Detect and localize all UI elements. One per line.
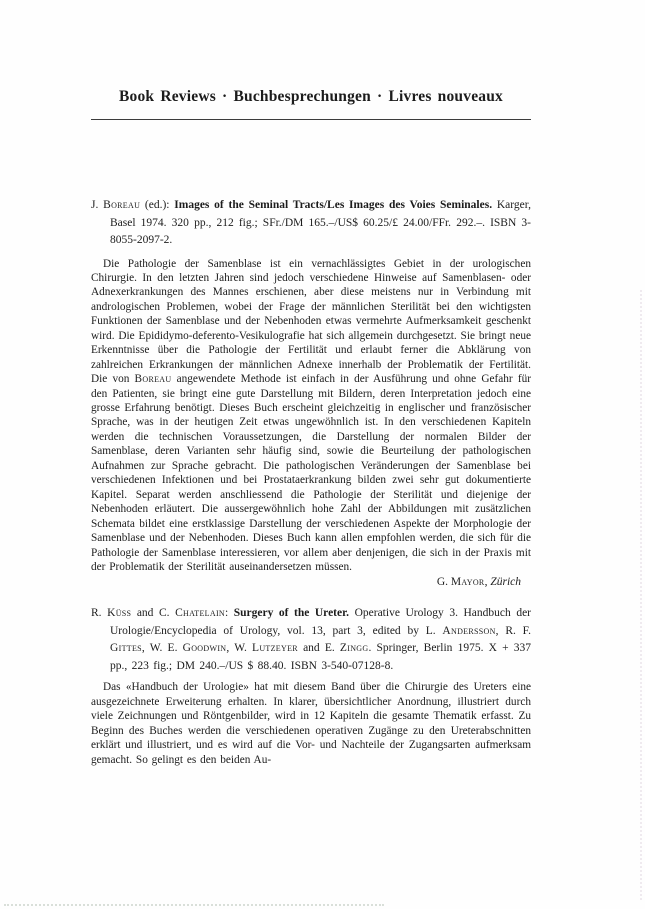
text-segment: angewendete Methode ist einfach in der A… bbox=[91, 373, 531, 573]
review-paragraph-2: Das «Handbuch der Urologie» hat mit dies… bbox=[91, 680, 531, 767]
text-segment: Chatelain bbox=[175, 607, 225, 619]
reviewer-city: Zürich bbox=[490, 576, 521, 588]
book-citation-2: R. Küss and C. Chatelain: Surgery of the… bbox=[91, 605, 531, 675]
header-divider bbox=[91, 119, 531, 120]
text-segment: Goodwin bbox=[183, 642, 227, 654]
scanned-page: Book Reviews · Buchbesprechungen · Livre… bbox=[0, 0, 645, 909]
text-segment: and C. bbox=[131, 607, 175, 619]
text-segment: Boreau bbox=[103, 199, 140, 211]
reviewer-initial: G. bbox=[437, 576, 451, 588]
scan-noise-bottom-edge bbox=[4, 904, 384, 906]
text-segment: and E. bbox=[298, 642, 340, 654]
text-segment: (ed.): bbox=[140, 199, 174, 211]
text-segment: Surgery of the Ureter. bbox=[234, 607, 349, 619]
text-segment: , W. E. bbox=[142, 642, 183, 654]
text-segment: R. bbox=[91, 607, 107, 619]
text-segment: Gittes bbox=[110, 642, 142, 654]
text-segment: Images of the Seminal Tracts/Les Images … bbox=[174, 199, 492, 211]
text-segment: : bbox=[225, 607, 234, 619]
text-segment: J. bbox=[91, 199, 103, 211]
text-segment: Andersson bbox=[442, 625, 495, 637]
text-segment: Küss bbox=[107, 607, 131, 619]
text-segment: Zingg bbox=[340, 642, 369, 654]
review-paragraph-1: Die Pathologie der Samenblase ist ein ve… bbox=[91, 257, 531, 575]
text-segment: , W. bbox=[226, 642, 252, 654]
text-segment: Lutzeyer bbox=[252, 642, 298, 654]
reviewer-signature: G. Mayor, Zürich bbox=[91, 576, 521, 588]
reviewer-name: Mayor bbox=[451, 576, 485, 588]
scan-noise-right-edge bbox=[640, 290, 642, 900]
page-title: Book Reviews · Buchbesprechungen · Livre… bbox=[91, 88, 531, 106]
book-citation-1: J. Boreau (ed.): Images of the Seminal T… bbox=[91, 197, 531, 250]
text-block: Book Reviews · Buchbesprechungen · Livre… bbox=[91, 88, 531, 767]
text-segment: Die Pathologie der Samenblase ist ein ve… bbox=[91, 258, 531, 386]
text-segment: Boreau bbox=[135, 373, 172, 385]
text-segment: Das «Handbuch der Urologie» hat mit dies… bbox=[91, 681, 531, 765]
text-segment: , R. F. bbox=[496, 625, 531, 637]
